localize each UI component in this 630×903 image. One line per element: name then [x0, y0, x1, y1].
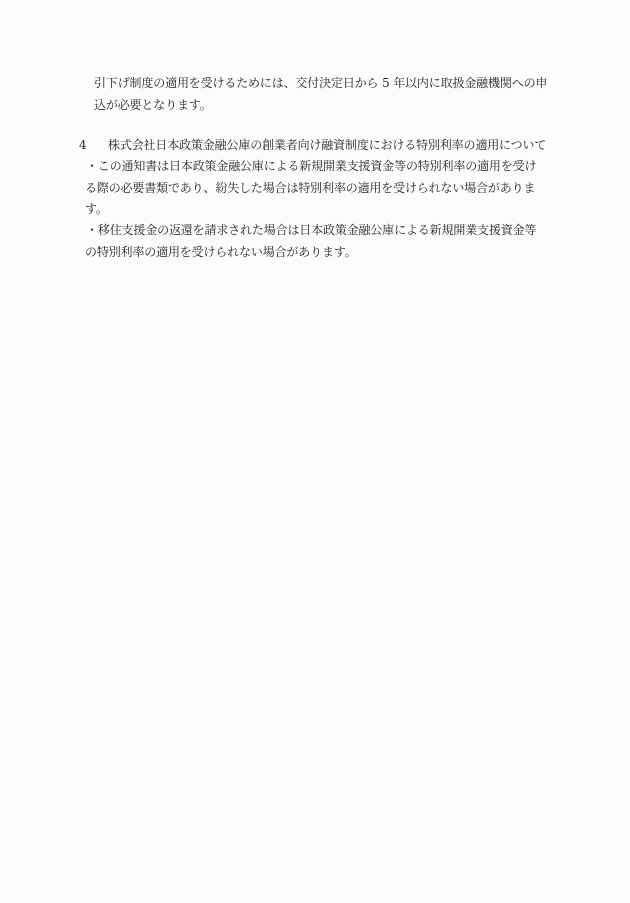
closing-paragraph-line-2: 込が必要となります。 — [94, 99, 212, 111]
section4-bullet2-line-1: ・移住支援金の返還を請求された場合は日本政策金融公庫による新規開業支援資金等 — [86, 224, 536, 236]
section4-number: 4 — [79, 139, 87, 151]
section4-bullet1-line-3: す。 — [85, 203, 108, 215]
section4-bullet2-line-2: の特別利率の適用を受けられない場合があります。 — [85, 246, 357, 258]
section4-bullet1-line-2: る際の必要書類であり、紛失した場合は特別利率の適用を受けられない場合がありま — [85, 182, 535, 194]
document-page: 引下げ制度の適用を受けるためには、交付決定日から 5 年以内に取扱金融機関への申… — [0, 0, 630, 903]
section4-bullet1-line-1: ・この通知書は日本政策金融公庫による新規開業支援資金等の特別利率の適用を受け — [86, 160, 536, 172]
closing-paragraph-line-1: 引下げ制度の適用を受けるためには、交付決定日から 5 年以内に取扱金融機関への申 — [94, 77, 547, 89]
section4-heading: 株式会社日本政策金融公庫の創業者向け融資制度における特別利率の適用について — [108, 139, 546, 151]
